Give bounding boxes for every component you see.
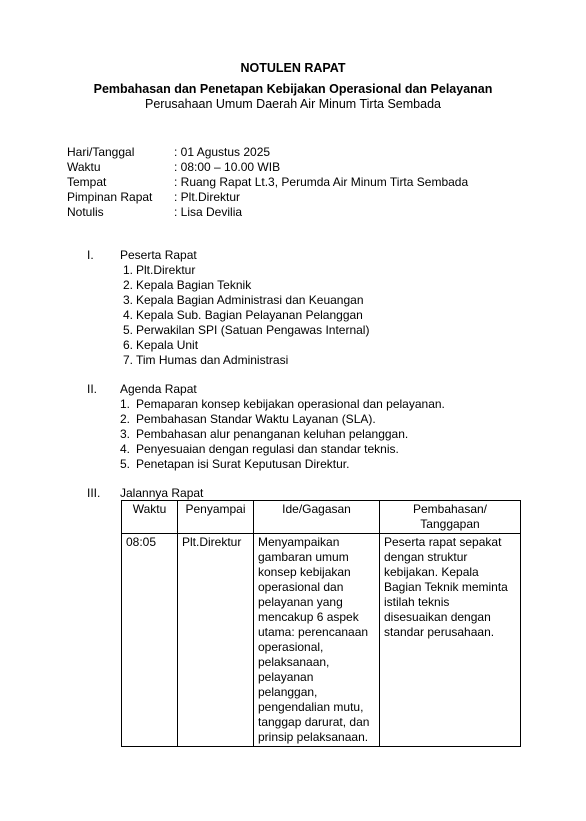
cell-line: konsep kebijakan bbox=[258, 565, 375, 580]
cell-line: mencakup 6 aspek bbox=[258, 610, 375, 625]
info-row-date: Hari/Tanggal : 01 Agustus 2025 bbox=[67, 145, 468, 160]
cell-line: pelayanan bbox=[258, 670, 375, 685]
item-text: Pemaparan konsep kebijakan operasional d… bbox=[136, 397, 445, 412]
cell-tanggapan: Peserta rapat sepakatdengan strukturkebi… bbox=[380, 534, 521, 747]
cell-ide-gagasan: Menyampaikangambaran umumkonsep kebijaka… bbox=[254, 534, 380, 747]
info-value: : 01 Agustus 2025 bbox=[174, 145, 270, 160]
info-label: Pimpinan Rapat bbox=[67, 190, 174, 205]
list-item: 6.Kepala Unit bbox=[123, 338, 369, 353]
section-title: Agenda Rapat bbox=[120, 382, 197, 397]
document-title: NOTULEN RAPAT bbox=[0, 61, 586, 76]
info-row-leader: Pimpinan Rapat : Plt.Direktur bbox=[67, 190, 468, 205]
header-ide-gagasan: Ide/Gagasan bbox=[254, 501, 380, 534]
item-number: 6. bbox=[123, 338, 136, 353]
section-number: III. bbox=[87, 486, 100, 501]
cell-penyampai: Plt.Direktur bbox=[178, 534, 254, 747]
header-line: Pembahasan/ bbox=[384, 502, 516, 517]
proceedings-table: Waktu Penyampai Ide/Gagasan Pembahasan/ … bbox=[121, 500, 521, 747]
item-text: Pembahasan alur penanganan keluhan pelan… bbox=[136, 427, 408, 442]
info-value: : Plt.Direktur bbox=[174, 190, 240, 205]
cell-line: pelaksanaan, bbox=[258, 655, 375, 670]
cell-waktu: 08:05 bbox=[122, 534, 178, 747]
item-text: Kepala Sub. Bagian Pelayanan Pelanggan bbox=[136, 308, 363, 323]
item-text: Perwakilan SPI (Satuan Pengawas Internal… bbox=[136, 323, 369, 338]
info-label: Tempat bbox=[67, 175, 174, 190]
list-item: 2.Kepala Bagian Teknik bbox=[123, 278, 369, 293]
list-item: 4.Penyesuaian dengan regulasi dan standa… bbox=[120, 442, 445, 457]
item-text: Kepala Bagian Teknik bbox=[136, 278, 251, 293]
info-row-place: Tempat : Ruang Rapat Lt.3, Perumda Air M… bbox=[67, 175, 468, 190]
list-item: 2.Pembahasan Standar Waktu Layanan (SLA)… bbox=[120, 412, 445, 427]
header-waktu: Waktu bbox=[122, 501, 178, 534]
list-item: 5.Perwakilan SPI (Satuan Pengawas Intern… bbox=[123, 323, 369, 338]
section-number: II. bbox=[87, 382, 97, 397]
cell-line: gambaran umum bbox=[258, 550, 375, 565]
cell-line: pelayanan yang bbox=[258, 595, 375, 610]
section-title: Jalannya Rapat bbox=[120, 486, 203, 501]
item-number: 5. bbox=[123, 323, 136, 338]
cell-line: operasional, bbox=[258, 640, 375, 655]
cell-line: pengendalian mutu, bbox=[258, 700, 375, 715]
item-text: Penetapan isi Surat Keputusan Direktur. bbox=[136, 457, 349, 472]
meeting-info: Hari/Tanggal : 01 Agustus 2025 Waktu : 0… bbox=[67, 145, 468, 220]
cell-line: prinsip pelaksanaan. bbox=[258, 730, 375, 745]
list-item: 1.Plt.Direktur bbox=[123, 263, 369, 278]
info-value: : Lisa Devilia bbox=[174, 205, 242, 220]
company-name: Perusahaan Umum Daerah Air Minum Tirta S… bbox=[0, 97, 586, 112]
item-number: 2. bbox=[123, 278, 136, 293]
list-item: 3.Pembahasan alur penanganan keluhan pel… bbox=[120, 427, 445, 442]
list-item: 5.Penetapan isi Surat Keputusan Direktur… bbox=[120, 457, 445, 472]
info-value: : 08:00 – 10.00 WIB bbox=[174, 160, 280, 175]
agenda-list: 1.Pemaparan konsep kebijakan operasional… bbox=[120, 397, 445, 472]
item-text: Penyesuaian dengan regulasi dan standar … bbox=[136, 442, 399, 457]
cell-line: standar perusahaan. bbox=[384, 625, 516, 640]
section-number: I. bbox=[87, 248, 94, 263]
item-text: Tim Humas dan Administrasi bbox=[136, 353, 288, 368]
item-number: 1. bbox=[123, 263, 136, 278]
item-number: 4. bbox=[120, 442, 136, 457]
item-number: 4. bbox=[123, 308, 136, 323]
cell-line: Menyampaikan bbox=[258, 535, 375, 550]
cell-line: Peserta rapat sepakat bbox=[384, 535, 516, 550]
item-text: Pembahasan Standar Waktu Layanan (SLA). bbox=[136, 412, 376, 427]
info-row-time: Waktu : 08:00 – 10.00 WIB bbox=[67, 160, 468, 175]
table-header-row: Waktu Penyampai Ide/Gagasan Pembahasan/ … bbox=[122, 501, 521, 534]
item-text: Kepala Unit bbox=[136, 338, 198, 353]
list-item: 7.Tim Humas dan Administrasi bbox=[123, 353, 369, 368]
cell-line: operasional dan bbox=[258, 580, 375, 595]
cell-line: pelanggan, bbox=[258, 685, 375, 700]
cell-line: utama: perencanaan bbox=[258, 625, 375, 640]
list-item: 4.Kepala Sub. Bagian Pelayanan Pelanggan bbox=[123, 308, 369, 323]
item-text: Plt.Direktur bbox=[136, 263, 195, 278]
info-label: Hari/Tanggal bbox=[67, 145, 174, 160]
header-line: Tanggapan bbox=[384, 517, 516, 532]
cell-line: disesuaikan dengan bbox=[384, 610, 516, 625]
item-number: 7. bbox=[123, 353, 136, 368]
item-number: 1. bbox=[120, 397, 136, 412]
list-item: 1.Pemaparan konsep kebijakan operasional… bbox=[120, 397, 445, 412]
cell-line: Bagian Teknik meminta bbox=[384, 580, 516, 595]
cell-line: dengan struktur bbox=[384, 550, 516, 565]
info-label: Waktu bbox=[67, 160, 174, 175]
list-item: 3.Kepala Bagian Administrasi dan Keuanga… bbox=[123, 293, 369, 308]
section-title: Peserta Rapat bbox=[120, 248, 197, 263]
info-row-notetaker: Notulis : Lisa Devilia bbox=[67, 205, 468, 220]
table-row: 08:05 Plt.Direktur Menyampaikangambaran … bbox=[122, 534, 521, 747]
info-label: Notulis bbox=[67, 205, 174, 220]
document-subtitle: Pembahasan dan Penetapan Kebijakan Opera… bbox=[0, 82, 586, 97]
info-value: : Ruang Rapat Lt.3, Perumda Air Minum Ti… bbox=[174, 175, 468, 190]
item-number: 3. bbox=[123, 293, 136, 308]
cell-line: kebijakan. Kepala bbox=[384, 565, 516, 580]
item-number: 3. bbox=[120, 427, 136, 442]
item-number: 5. bbox=[120, 457, 136, 472]
cell-line: istilah teknis bbox=[384, 595, 516, 610]
participant-list: 1.Plt.Direktur 2.Kepala Bagian Teknik 3.… bbox=[123, 263, 369, 368]
header-pembahasan-tanggapan: Pembahasan/ Tanggapan bbox=[380, 501, 521, 534]
item-text: Kepala Bagian Administrasi dan Keuangan bbox=[136, 293, 364, 308]
header-penyampai: Penyampai bbox=[178, 501, 254, 534]
cell-line: tanggap darurat, dan bbox=[258, 715, 375, 730]
item-number: 2. bbox=[120, 412, 136, 427]
